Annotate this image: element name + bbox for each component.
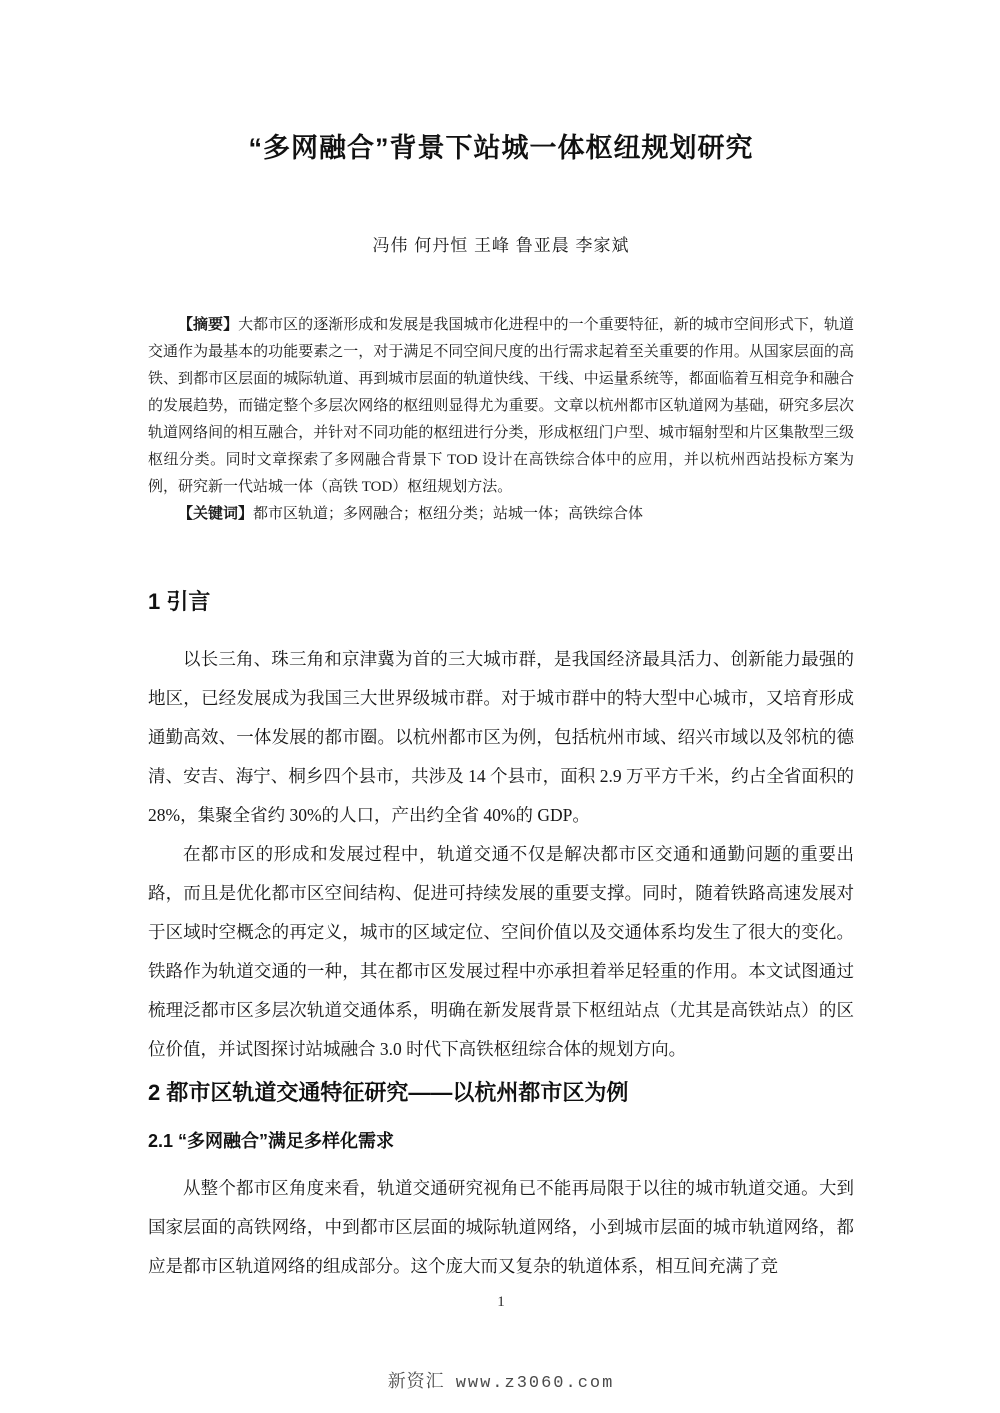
watermark-site-name: 新资汇: [388, 1371, 445, 1391]
section-2-1-heading: 2.1 “多网融合”满足多样化需求: [148, 1127, 854, 1155]
keywords-text: 都市区轨道；多网融合；枢纽分类；站城一体；高铁综合体: [253, 506, 643, 522]
document-page: “多网融合”背景下站城一体枢纽规划研究 冯伟 何丹恒 王峰 鲁亚晨 李家斌 【摘…: [0, 0, 1000, 1413]
section-1-paragraph-2: 在都市区的形成和发展过程中，轨道交通不仅是解决都市区交通和通勤问题的重要出路，而…: [148, 835, 854, 1069]
paper-title: “多网融合”背景下站城一体枢纽规划研究: [148, 130, 854, 166]
section-1-heading: 1 引言: [148, 586, 854, 618]
keywords-line: 【关键词】都市区轨道；多网融合；枢纽分类；站城一体；高铁综合体: [148, 501, 854, 528]
keywords-label: 【关键词】: [178, 506, 253, 522]
abstract-label: 【摘要】: [178, 317, 238, 333]
abstract-paragraph: 【摘要】大都市区的逐渐形成和发展是我国城市化进程中的一个重要特征，新的城市空间形…: [148, 312, 854, 501]
abstract-text: 大都市区的逐渐形成和发展是我国城市化进程中的一个重要特征，新的城市空间形式下，轨…: [148, 317, 854, 495]
page-number: 1: [148, 1292, 854, 1312]
watermark-footer: 新资汇 www.z3060.com: [148, 1368, 854, 1397]
section-2-1-paragraph-1: 从整个都市区角度来看，轨道交通研究视角已不能再局限于以往的城市轨道交通。大到国家…: [148, 1169, 854, 1286]
watermark-url: www.z3060.com: [456, 1374, 615, 1393]
section-2-heading: 2 都市区轨道交通特征研究——以杭州都市区为例: [148, 1077, 854, 1109]
authors-line: 冯伟 何丹恒 王峰 鲁亚晨 李家斌: [148, 234, 854, 258]
section-1-paragraph-1: 以长三角、珠三角和京津冀为首的三大城市群，是我国经济最具活力、创新能力最强的地区…: [148, 640, 854, 835]
